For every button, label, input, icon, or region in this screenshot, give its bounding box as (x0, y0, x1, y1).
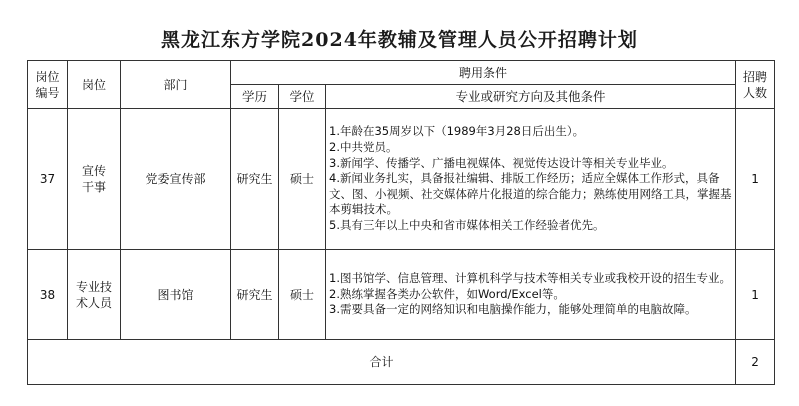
headcount-cell: 1 (736, 250, 775, 340)
header-headcount: 招聘 人数 (736, 61, 775, 109)
header-major-other: 专业或研究方向及其他条件 (326, 85, 736, 109)
post-line: 干事 (68, 179, 120, 195)
condition-item: 3.需要具备一定的网络知识和电脑操作能力，能够处理简单的电脑故障。 (329, 302, 732, 318)
header-post-code: 岗位 编号 (28, 61, 68, 109)
condition-item: 3.新闻学、传播学、广播电视媒体、视觉传达设计等相关专业毕业。 (329, 156, 732, 172)
post-cell: 宣传 干事 (68, 109, 121, 250)
header-post: 岗位 (68, 61, 121, 109)
post-code-cell: 38 (28, 250, 68, 340)
headcount-cell: 1 (736, 109, 775, 250)
conditions-cell: 1.年龄在35周岁以下（1989年3月28日后出生）。 2.中共党员。 3.新闻… (326, 109, 736, 250)
total-value: 2 (736, 340, 775, 385)
post-line: 宣传 (68, 163, 120, 179)
header-post-code-line1: 岗位 (28, 69, 67, 85)
condition-item: 2.熟练掌握各类办公软件，如Word/Excel等。 (329, 287, 732, 303)
header-degree: 学位 (279, 85, 326, 109)
total-label: 合计 (28, 340, 736, 385)
condition-item: 1.图书馆学、信息管理、计算机科学与技术等相关专业或我校开设的招生专业。 (329, 271, 732, 287)
condition-item: 5.具有三年以上中央和省市媒体相关工作经验者优先。 (329, 218, 732, 234)
header-post-code-line2: 编号 (28, 85, 67, 101)
header-education: 学历 (231, 85, 279, 109)
post-line: 专业技 (68, 279, 120, 295)
header-conditions-group: 聘用条件 (231, 61, 736, 85)
education-cell: 研究生 (231, 109, 279, 250)
condition-item: 1.年龄在35周岁以下（1989年3月28日后出生）。 (329, 124, 732, 140)
conditions-cell: 1.图书馆学、信息管理、计算机科学与技术等相关专业或我校开设的招生专业。 2.熟… (326, 250, 736, 340)
education-cell: 研究生 (231, 250, 279, 340)
total-row: 合计 2 (28, 340, 775, 385)
recruitment-plan-table: 岗位 编号 岗位 部门 聘用条件 招聘 人数 学历 学位 专业或研究方向及其他条… (27, 60, 775, 385)
department-cell: 图书馆 (121, 250, 231, 340)
page-title: 黑龙江东方学院2024年教辅及管理人员公开招聘计划 (0, 25, 799, 52)
condition-item: 2.中共党员。 (329, 140, 732, 156)
post-line: 术人员 (68, 295, 120, 311)
table-row: 37 宣传 干事 党委宣传部 研究生 硕士 1.年龄在35周岁以下（1989年3… (28, 109, 775, 250)
department-cell: 党委宣传部 (121, 109, 231, 250)
degree-cell: 硕士 (279, 250, 326, 340)
table-row: 38 专业技 术人员 图书馆 研究生 硕士 1.图书馆学、信息管理、计算机科学与… (28, 250, 775, 340)
header-department: 部门 (121, 61, 231, 109)
degree-cell: 硕士 (279, 109, 326, 250)
header-headcount-line1: 招聘 (736, 69, 774, 85)
condition-item: 4.新闻业务扎实，具备报社编辑、排版工作经历；适应全媒体工作形式，具备文、图、小… (329, 171, 732, 218)
post-code-cell: 37 (28, 109, 68, 250)
header-headcount-line2: 人数 (736, 85, 774, 101)
post-cell: 专业技 术人员 (68, 250, 121, 340)
